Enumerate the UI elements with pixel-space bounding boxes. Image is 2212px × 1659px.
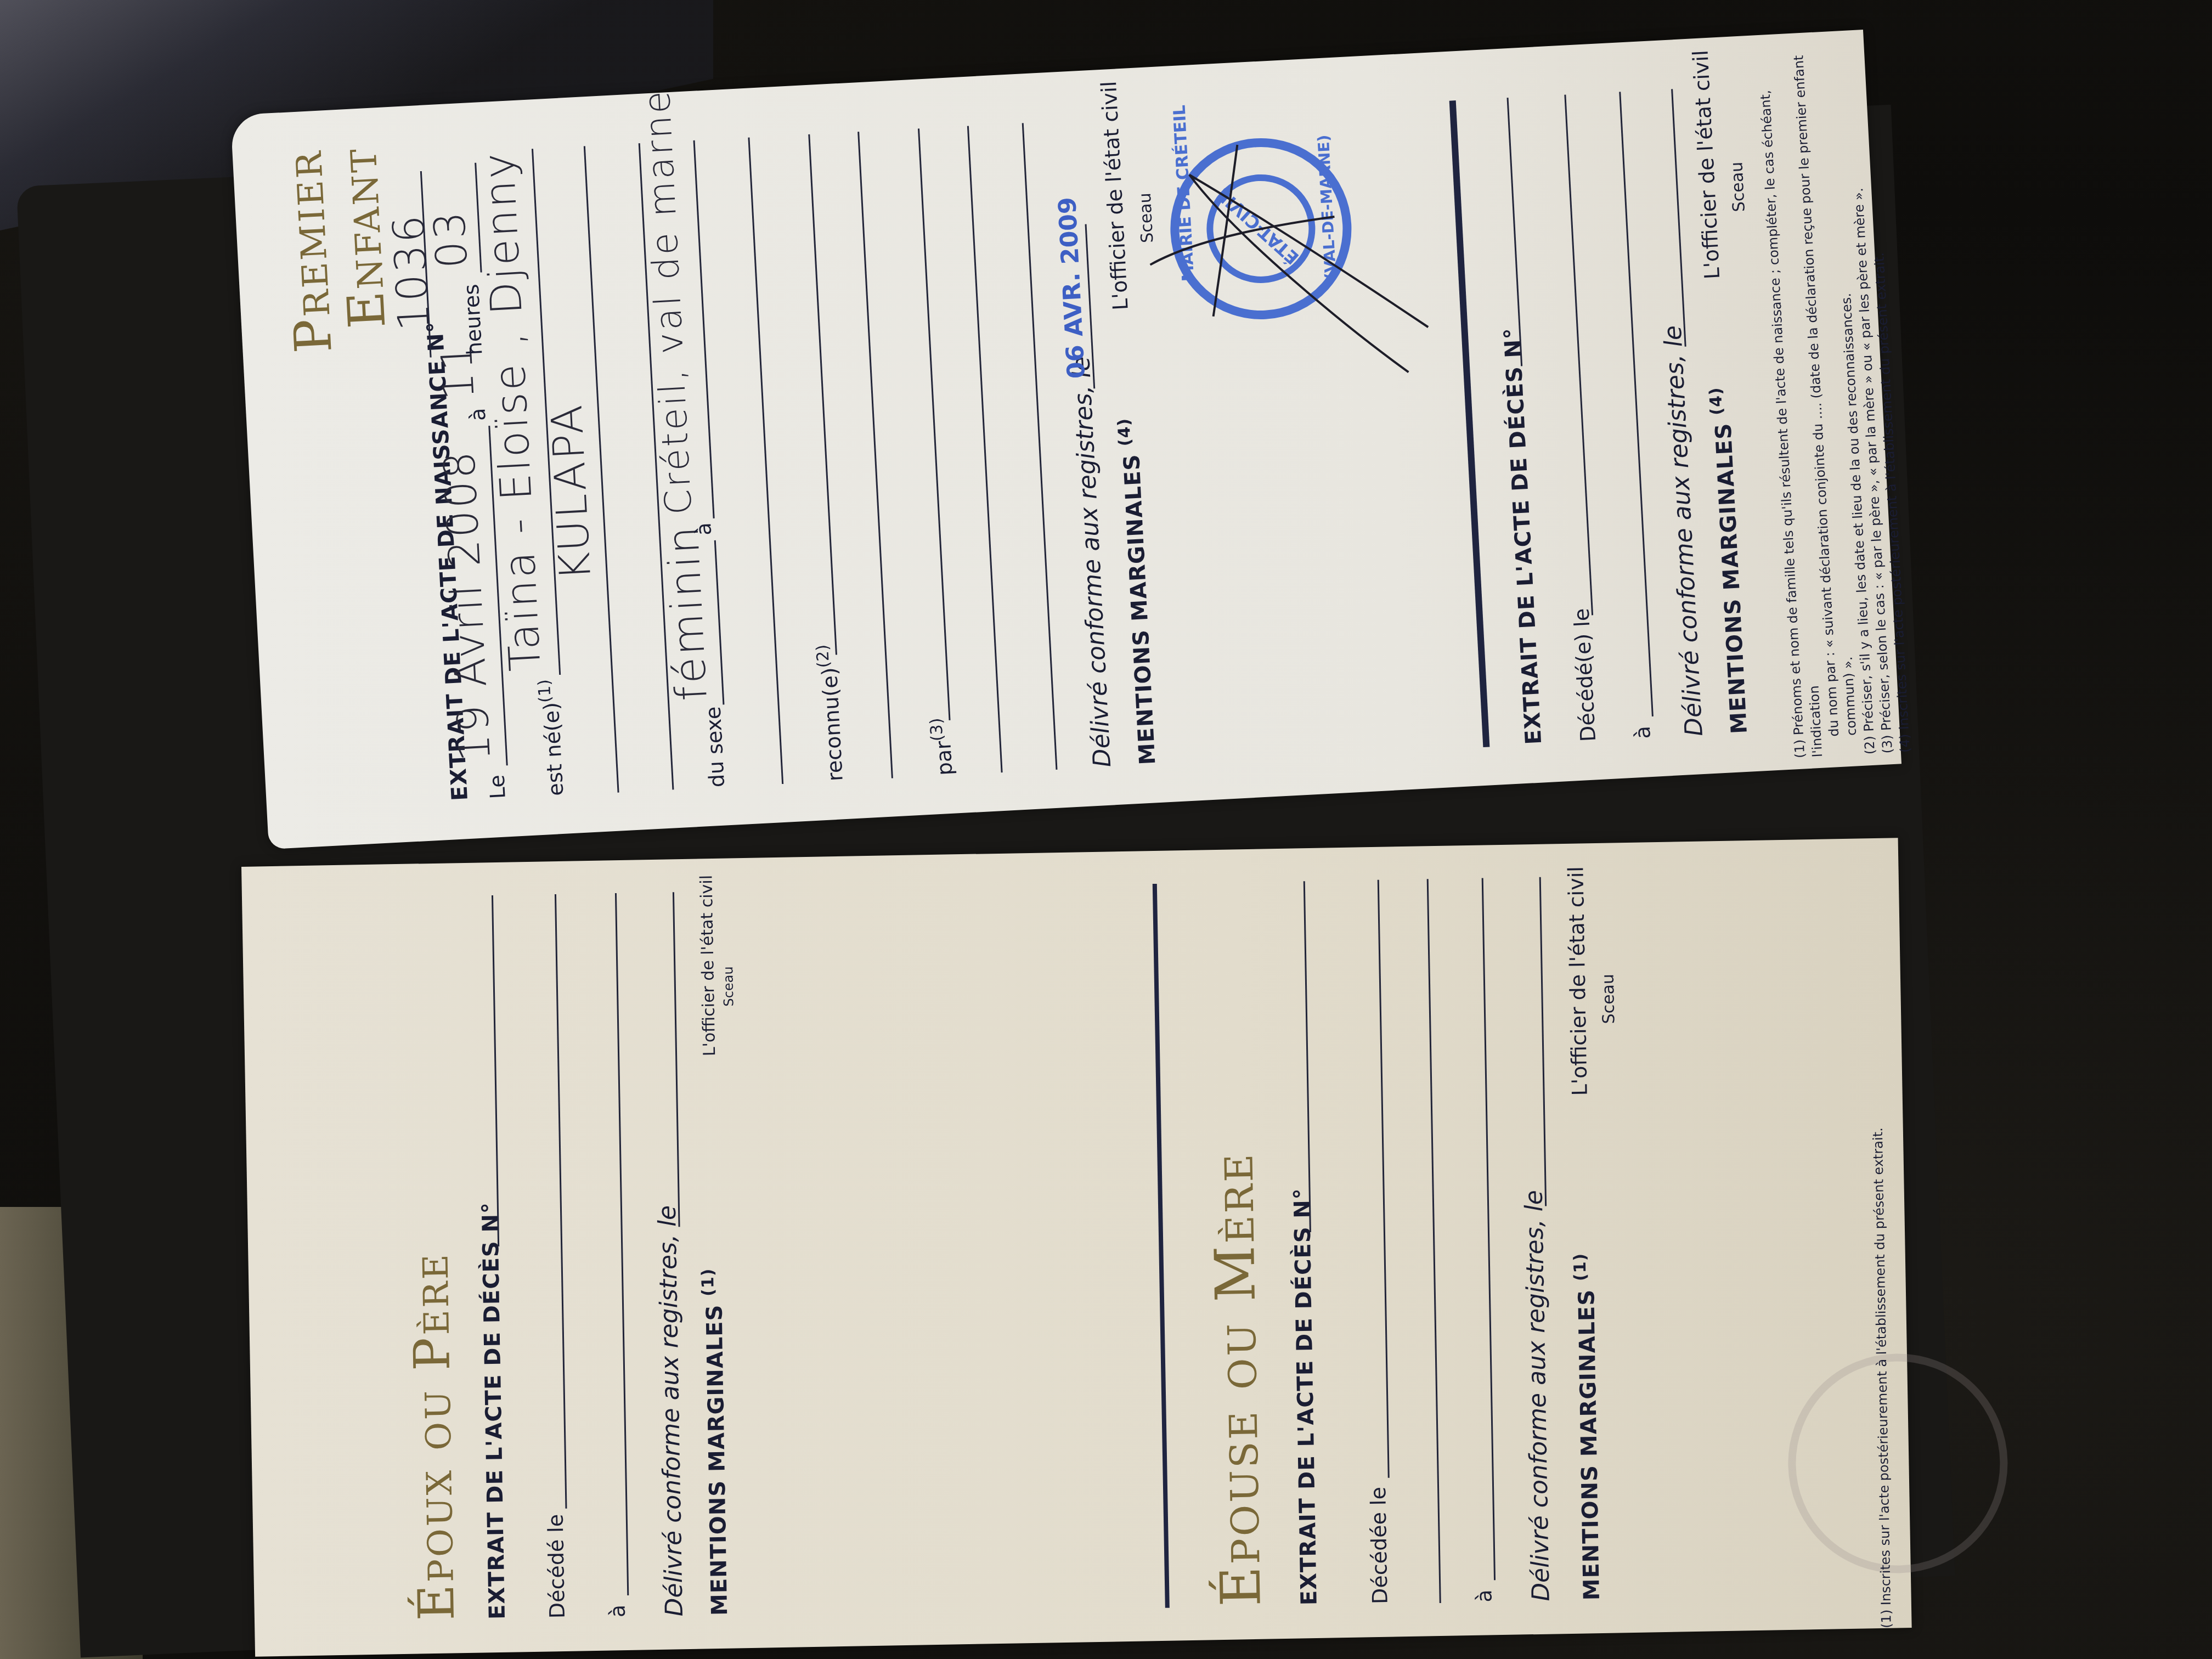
father-title: Époux ou Père [402,1252,466,1621]
father-sceau-label: Sceau [720,966,736,1007]
a-label: à [466,408,490,422]
est-ne-note: (1) [535,679,555,703]
par-text: par [931,740,957,776]
father-a-line [615,893,629,1595]
faded-stamp-imprint [1786,1352,2010,1575]
mother-sceau-label: Sceau [1599,974,1619,1024]
decede-label: Décédé(e) le [1569,608,1600,742]
mother-decede-label: Décédée le [1366,1487,1392,1605]
birth-place: Créteil, val de marne [636,88,701,516]
mother-blank-line [1427,879,1441,1603]
father-delivre-line [673,892,680,1227]
blank-line-2 [857,132,893,778]
mother-a-label: à [1472,1589,1496,1602]
death-delivre-label: Délivré conforme aux registres, le [1659,325,1708,737]
mother-mentions-note: (1) [1571,1253,1590,1282]
blank-line-4 [1022,123,1058,770]
blank-line-3 [967,126,1003,773]
blank-line-1 [748,138,783,785]
father-death-heading: EXTRAIT DE L'ACTE DE DÉCÈS N° [478,1202,510,1620]
death-number-line [1507,98,1523,366]
delivre-label: Délivré conforme aux registres, le [1067,356,1116,768]
est-ne-text: est né(e) [539,702,568,797]
mother-mentions: MENTIONS MARGINALES (1) [1571,1252,1605,1600]
death-mentions-note: (4) [1706,387,1727,416]
mentions-note: (4) [1114,417,1135,447]
death-a-label: à [1630,725,1655,740]
mentions-text: MENTIONS MARGINALES [1119,453,1161,765]
par-line [918,128,951,720]
death-delivre-line [1671,89,1686,347]
place-prefix: à [691,522,716,536]
father-mentions: MENTIONS MARGINALES (1) [698,1268,732,1616]
sex-value: féminin [658,523,717,702]
reconnu-note: (2) [813,644,833,668]
father-number-line [492,895,499,1246]
page-parents: Époux ou Père EXTRAIT DE L'ACTE DE DÉCÈS… [241,838,1912,1656]
family-name: KULAPA [542,402,601,582]
reconnu-text: reconnu(e) [817,667,848,782]
du-sexe-label: du sexe [701,706,730,788]
mother-a-line [1482,878,1496,1580]
death-sceau-label: Sceau [1727,161,1749,212]
death-a-line [1619,92,1654,716]
death-extract-heading: EXTRAIT DE L'ACTE DE DÉCÈS N° [1499,327,1547,746]
par-note: (3) [927,718,947,742]
mother-death-heading: EXTRAIT DE L'ACTE DE DÉCÈS N° [1290,1188,1322,1606]
mother-title: Épouse ou Mère [1201,1152,1273,1607]
father-delivre-label: Délivré conforme aux registres, le [653,1205,689,1616]
birth-minutes: 03 [425,208,477,270]
signature [1121,108,1442,409]
father-officier-label: L'officier de l'état civil [697,875,719,1057]
decede-line [1564,95,1593,616]
reconnu-line [808,134,837,655]
mentions-marginales: MENTIONS MARGINALES (4) [1114,417,1160,765]
mother-delivre-label: Délivré conforme aux registres, le [1520,1190,1555,1601]
death-officier-label: L'officier de l'état civil [1688,49,1724,280]
father-a-label: à [606,1605,630,1618]
death-mentions: MENTIONS MARGINALES (4) [1706,386,1752,735]
mother-officier-label: L'officier de l'état civil [1564,866,1592,1096]
mother-decede-line [1378,880,1390,1478]
est-ne-label: est né(e)(1) [535,679,568,797]
mother-delivre-line [1539,877,1547,1206]
page-premier-enfant: Premier Enfant EXTRAIT DE L'ACTE DE NAIS… [230,30,1901,849]
le-label: Le [485,774,510,799]
death-divider [1449,100,1490,747]
father-mentions-note: (1) [698,1268,718,1296]
mother-number-line [1304,881,1311,1232]
father-mentions-text: MENTIONS MARGINALES [702,1304,732,1616]
section-title: Premier Enfant [276,145,397,354]
death-mentions-text: MENTIONS MARGINALES [1711,422,1752,735]
par-label: par(3) [927,717,957,776]
mother-mentions-text: MENTIONS MARGINALES [1574,1289,1605,1601]
father-decede-line [555,894,567,1509]
mother-divider [1153,884,1170,1608]
reconnu-label: reconnu(e)(2) [813,644,848,782]
father-decede-label: Décédé le [544,1514,569,1618]
